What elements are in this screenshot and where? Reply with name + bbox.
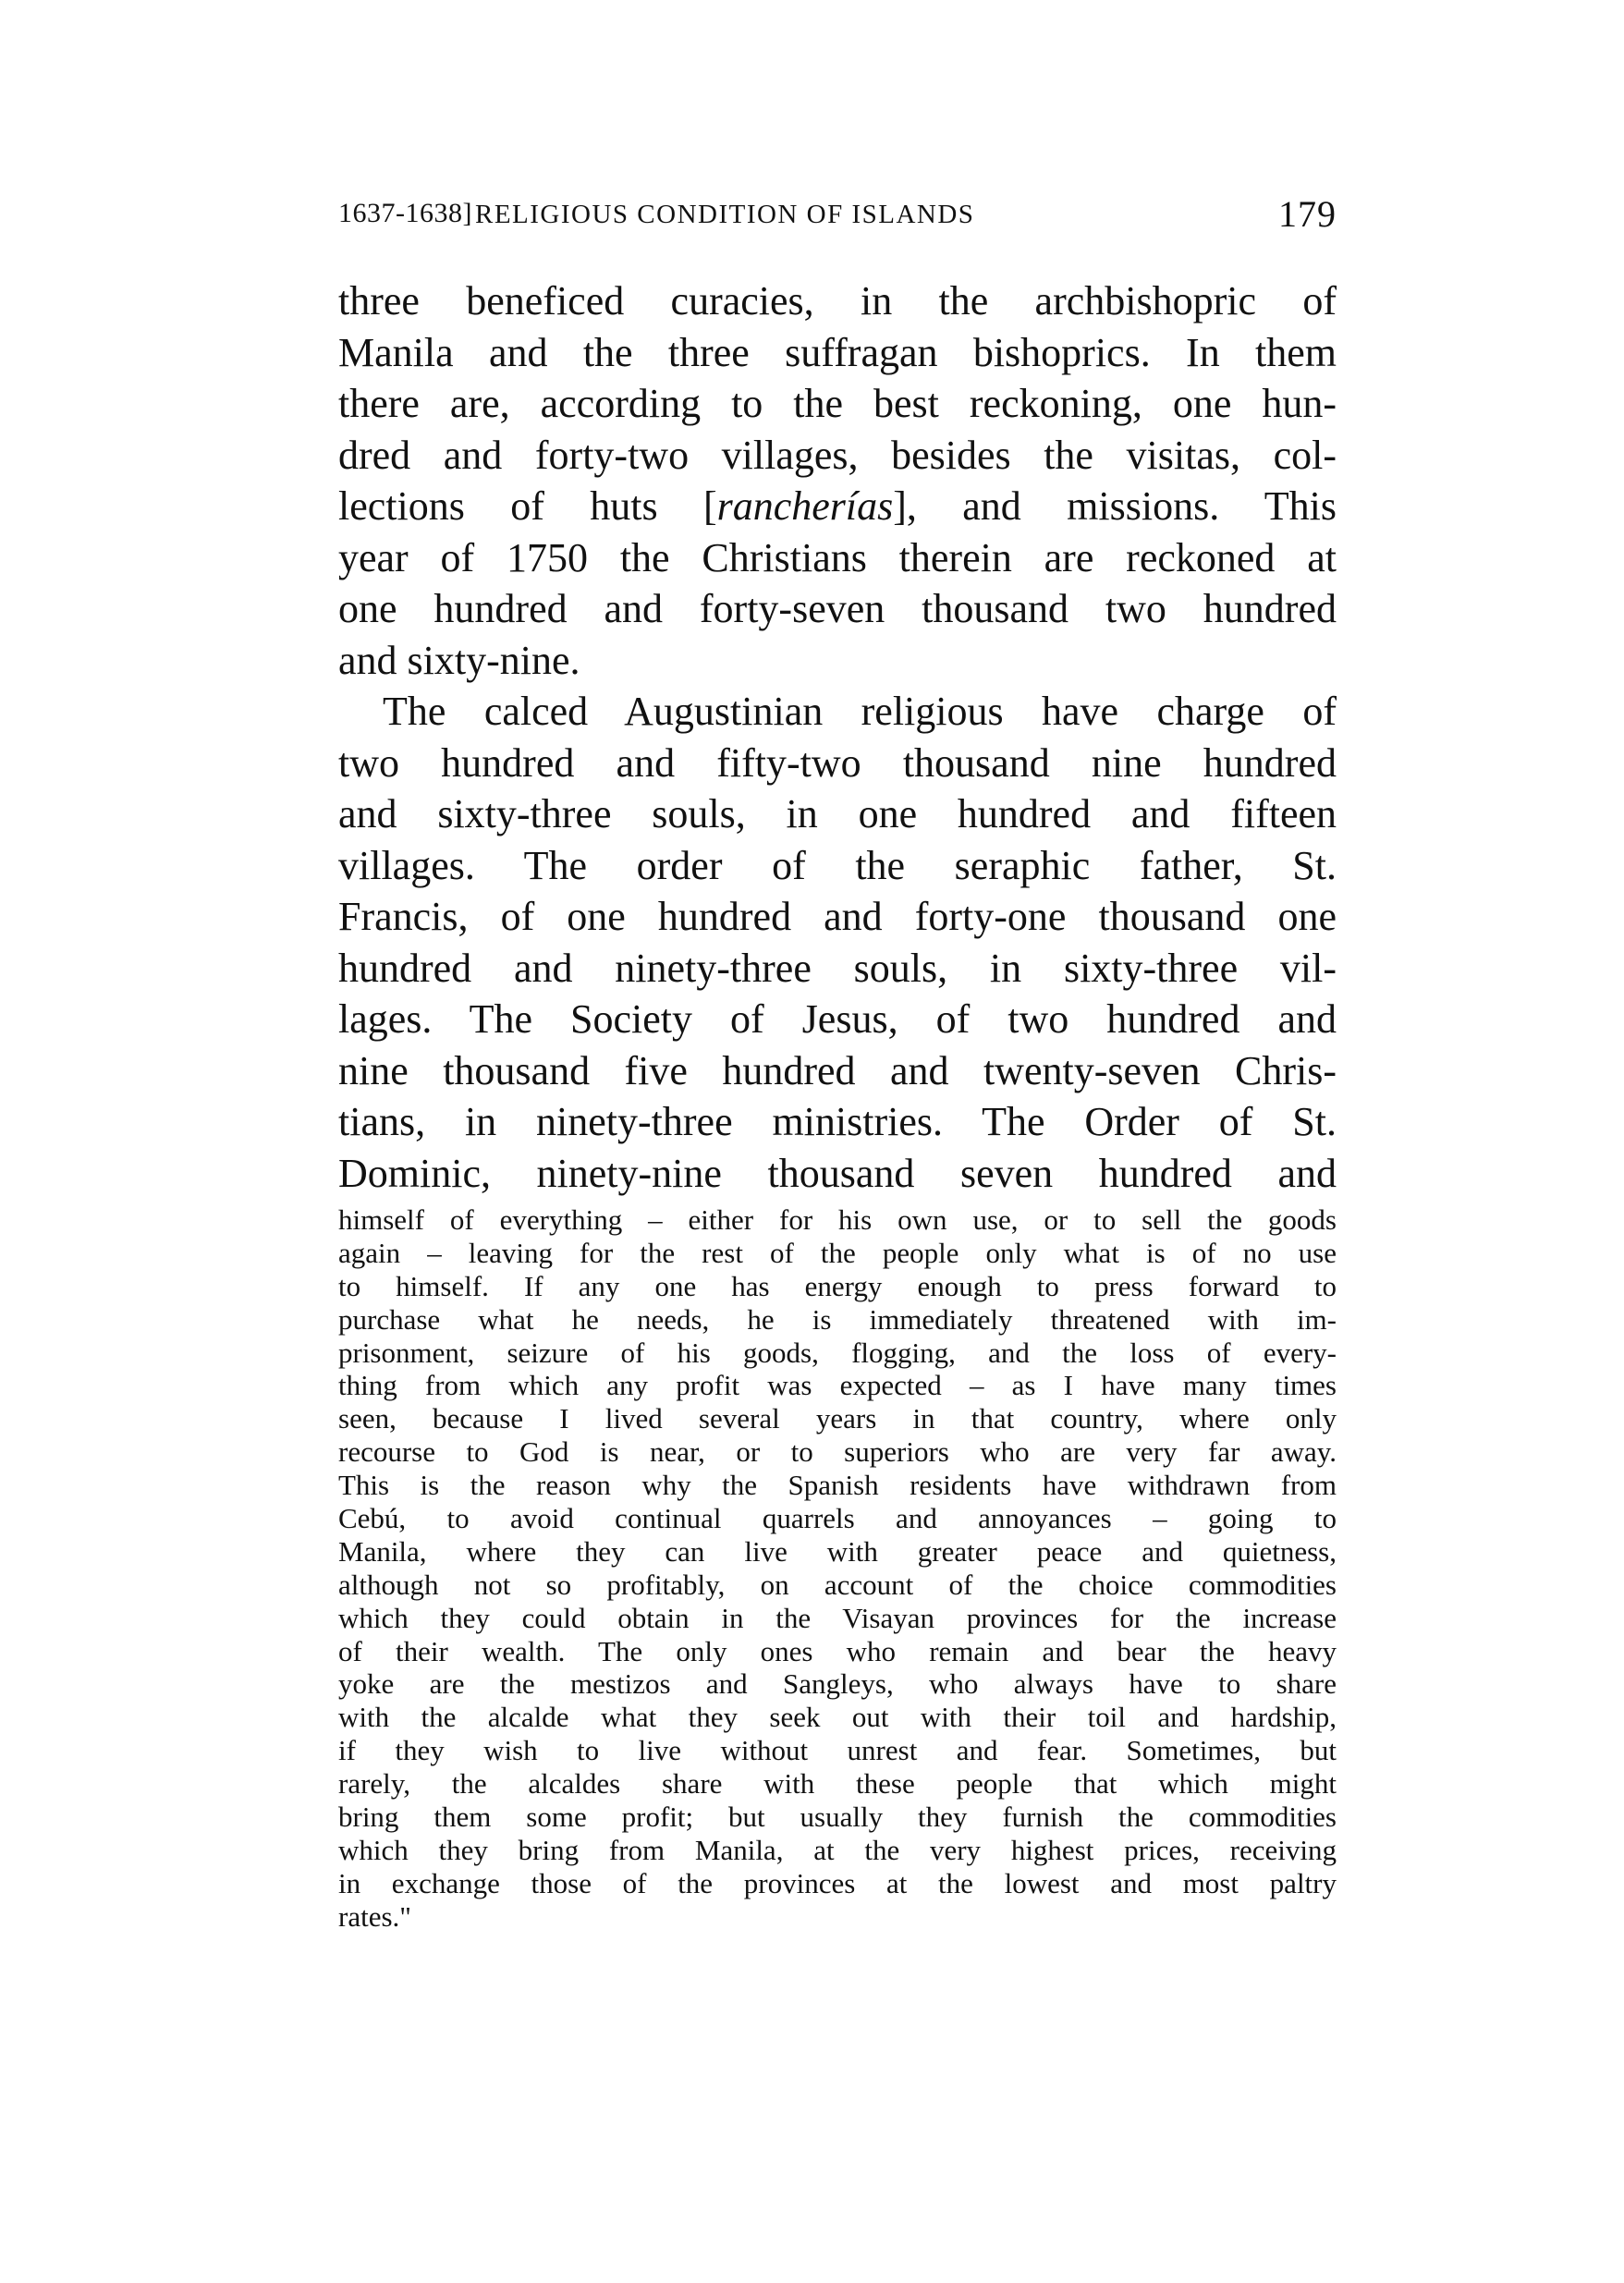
paragraph-1: three beneficed curacies, in the archbis…: [338, 275, 1337, 686]
footnote-line: again – leaving for the rest of the peop…: [338, 1237, 1337, 1270]
text-line: one hundred and forty-seven thousand two…: [338, 583, 1337, 635]
footnote-line: rarely, the alcaldes share with these pe…: [338, 1767, 1337, 1801]
text-line: lages. The Society of Jesus, of two hund…: [338, 994, 1337, 1045]
text-line: nine thousand five hundred and twenty-se…: [338, 1045, 1337, 1097]
footnote-line: to himself. If any one has energy enough…: [338, 1270, 1337, 1303]
text-line: Manila and the three suffragan bishopric…: [338, 327, 1337, 379]
text-line: tians, in ninety-three ministries. The O…: [338, 1096, 1337, 1148]
text-line: hundred and ninety-three souls, in sixty…: [338, 943, 1337, 995]
text-fragment: lections of huts [: [338, 483, 717, 529]
footnote-line: rates.": [338, 1900, 1337, 1934]
footnote-continuation: himself of everything – either for his o…: [338, 1203, 1337, 1934]
text-line: villages. The order of the seraphic fath…: [338, 840, 1337, 892]
footnote-line: This is the reason why the Spanish resid…: [338, 1469, 1337, 1502]
paragraph-2: The calced Augustinian religious have ch…: [338, 686, 1337, 1199]
text-line: dred and forty-two villages, besides the…: [338, 430, 1337, 482]
italic-term: rancherías: [717, 483, 894, 529]
text-line: year of 1750 the Christians therein are …: [338, 532, 1337, 584]
footnote-line: recourse to God is near, or to superiors…: [338, 1435, 1337, 1469]
text-line: and sixty-three souls, in one hundred an…: [338, 788, 1337, 840]
page-number: 179: [1278, 192, 1337, 236]
footnote-line: if they wish to live without unrest and …: [338, 1734, 1337, 1767]
text-line: there are, according to the best reckoni…: [338, 378, 1337, 430]
footnote-line: Manila, where they can live with greater…: [338, 1535, 1337, 1569]
footnote-line: of their wealth. The only ones who remai…: [338, 1635, 1337, 1668]
footnote-line: himself of everything – either for his o…: [338, 1203, 1337, 1237]
footnote-line: Cebú, to avoid continual quarrels and an…: [338, 1502, 1337, 1535]
main-text: three beneficed curacies, in the archbis…: [338, 275, 1337, 1199]
text-line: lections of huts [rancherías], and missi…: [338, 481, 1337, 532]
footnote-line: purchase what he needs, he is immediatel…: [338, 1303, 1337, 1337]
footnote-line: yoke are the mestizos and Sangleys, who …: [338, 1667, 1337, 1701]
text-line: three beneficed curacies, in the archbis…: [338, 275, 1337, 327]
running-head: 1637-1638] RELIGIOUS CONDITION OF ISLAND…: [338, 192, 1337, 238]
footnote-line: seen, because I lived several years in t…: [338, 1402, 1337, 1435]
footnote-line: which they bring from Manila, at the ver…: [338, 1834, 1337, 1867]
text-line: Dominic, ninety-nine thousand seven hund…: [338, 1148, 1337, 1200]
text-line: and sixty-nine.: [338, 635, 1337, 687]
text-line: Francis, of one hundred and forty-one th…: [338, 891, 1337, 943]
footnote-line: prisonment, seizure of his goods, floggi…: [338, 1337, 1337, 1370]
footnote-line: with the alcalde what they seek out with…: [338, 1701, 1337, 1734]
footnote-line: although not so profitably, on account o…: [338, 1569, 1337, 1602]
text-line: two hundred and fifty-two thousand nine …: [338, 738, 1337, 789]
footnote-line: which they could obtain in the Visayan p…: [338, 1602, 1337, 1635]
footnote-line: thing from which any profit was expected…: [338, 1369, 1337, 1402]
footnote-line: bring them some profit; but usually they…: [338, 1801, 1337, 1834]
running-head-title: RELIGIOUS CONDITION OF ISLANDS: [475, 200, 974, 230]
text-fragment: ], and missions. This: [893, 483, 1337, 529]
running-head-years: 1637-1638]: [338, 198, 472, 229]
footnote-line: in exchange those of the provinces at th…: [338, 1867, 1337, 1900]
text-line: The calced Augustinian religious have ch…: [338, 686, 1337, 738]
